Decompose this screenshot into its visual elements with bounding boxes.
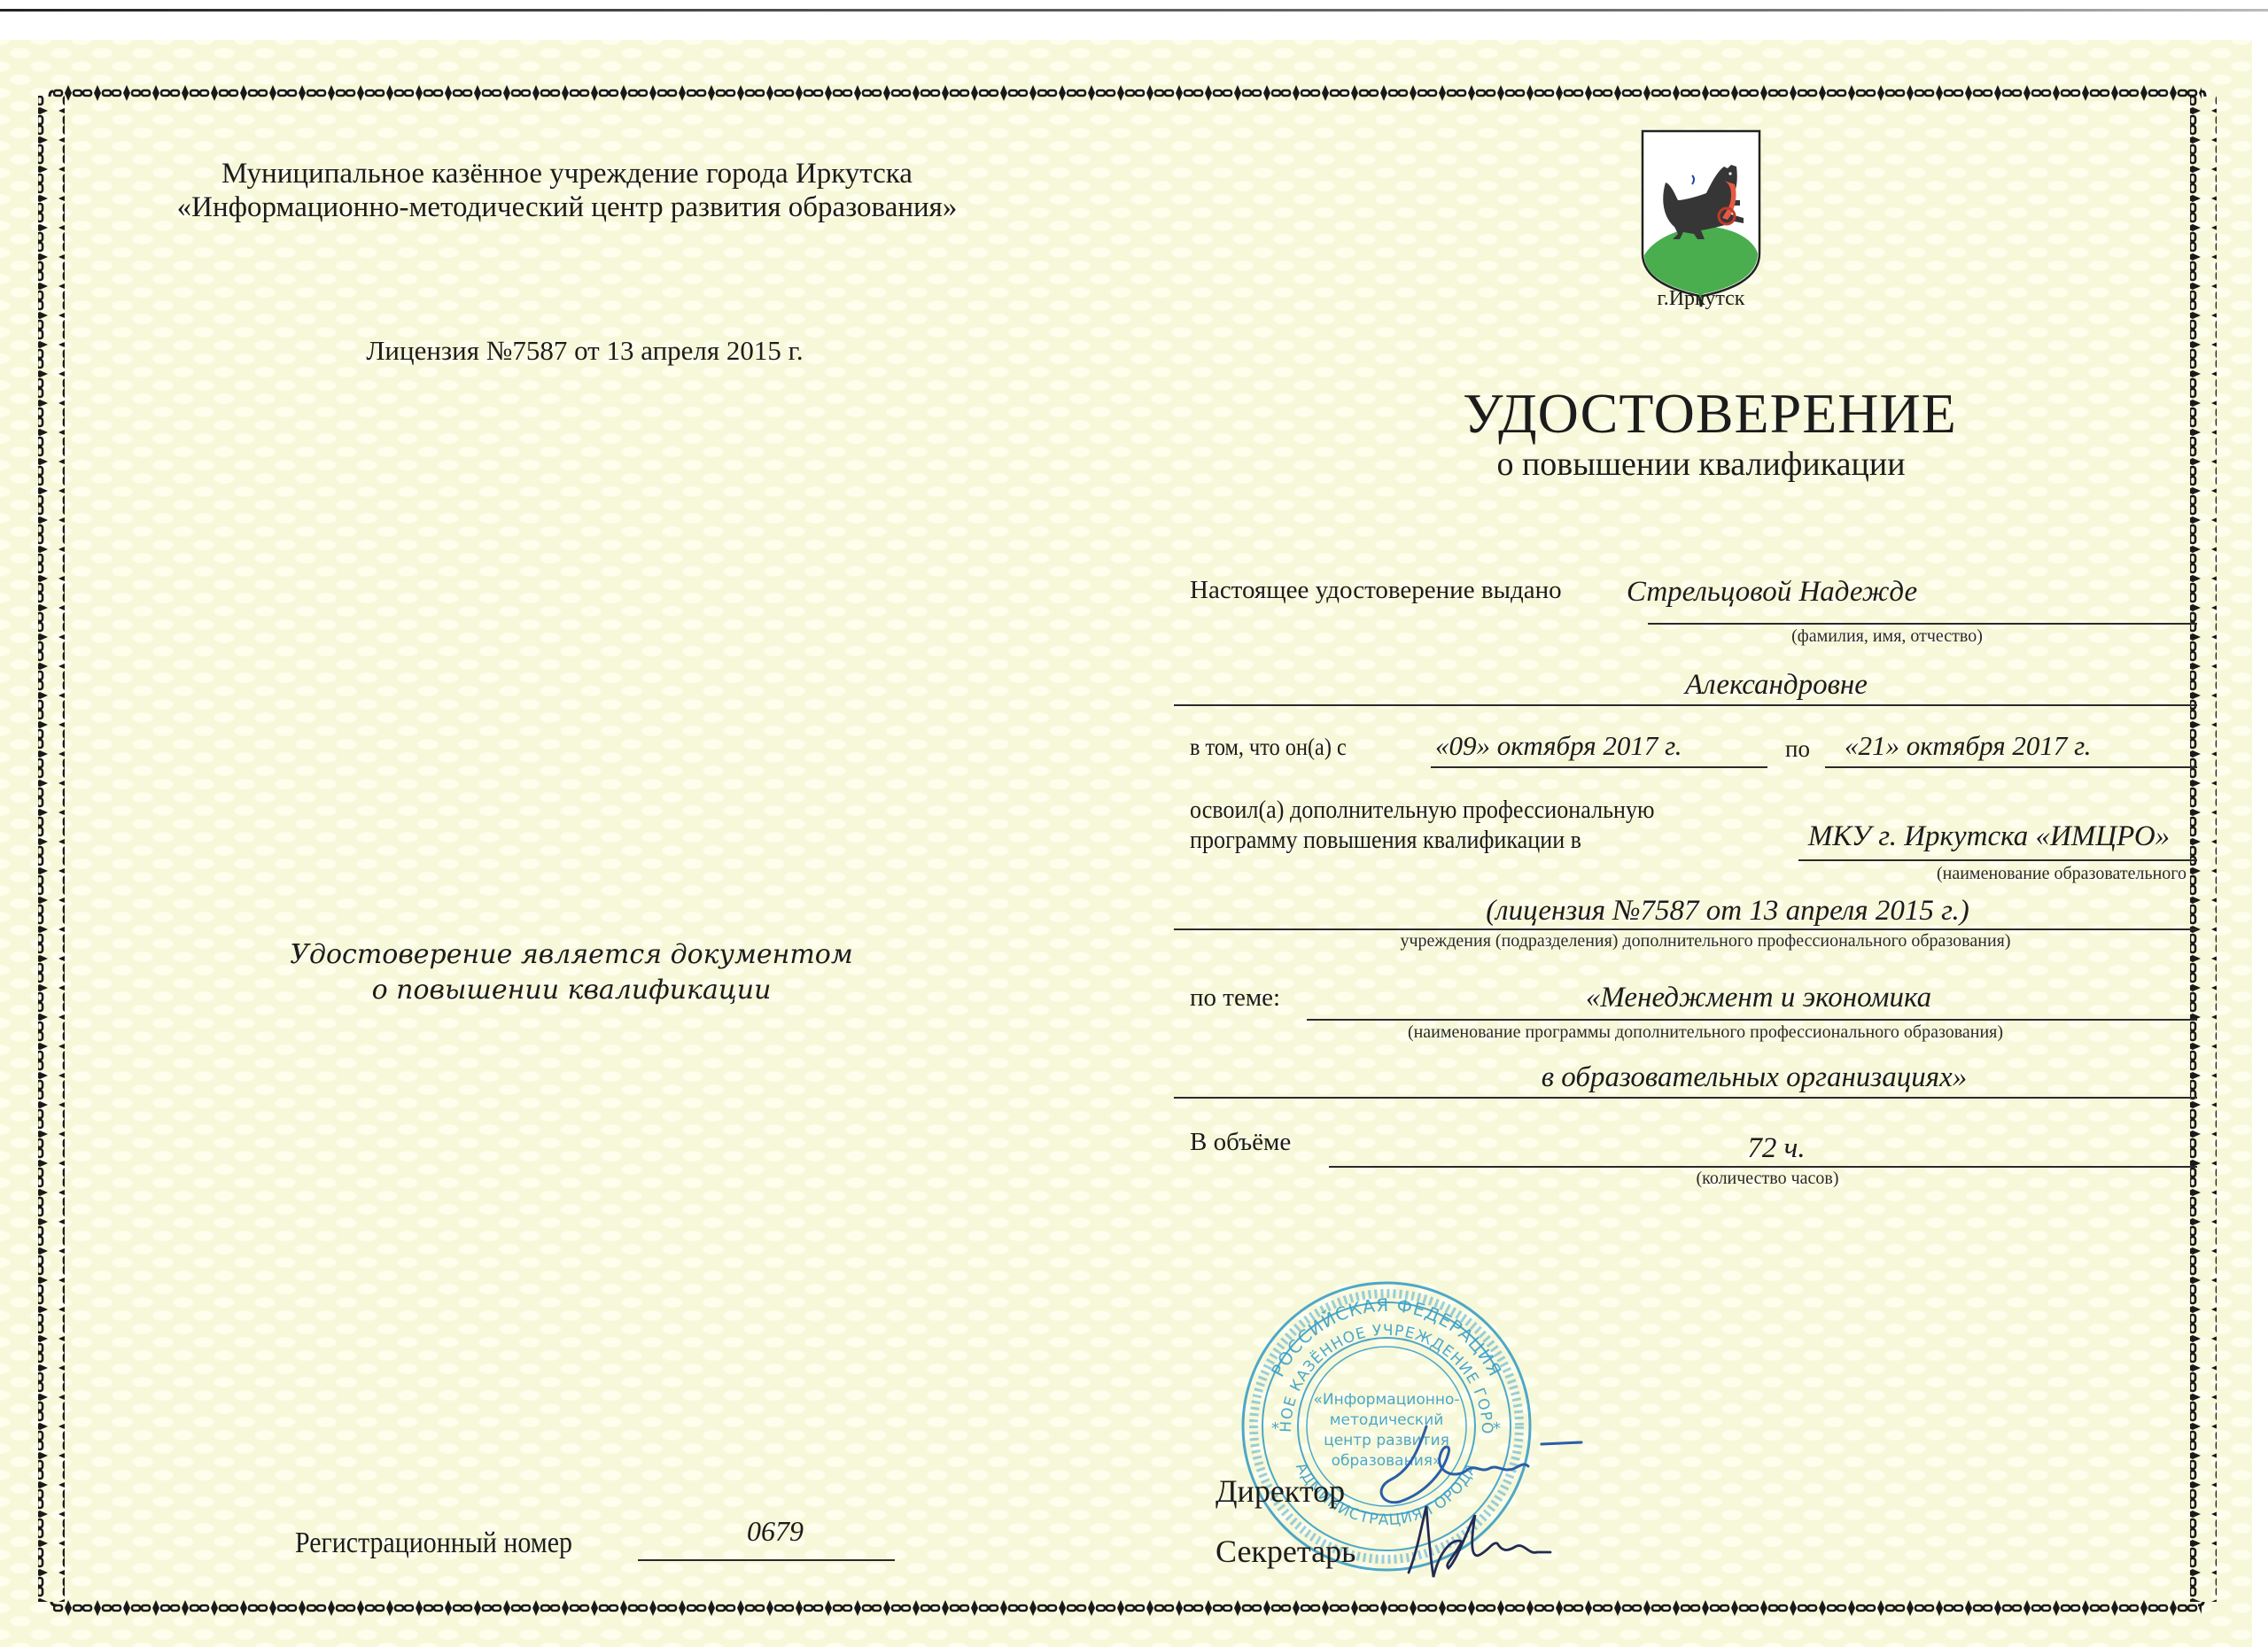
issued-label: Настоящее удостоверение выдано	[1190, 578, 1562, 603]
recipient-underline-2	[1174, 704, 2197, 706]
institution-name: МКУ г. Иркутска «ИМЦРО»	[1808, 822, 2170, 851]
director-label: Директор	[1216, 1475, 1345, 1507]
registration-underline	[638, 1559, 895, 1561]
irkutsk-coat-of-arms-icon	[1639, 129, 1763, 311]
institution-underline	[1798, 859, 2197, 861]
city-label: г.Иркутск	[1658, 288, 1745, 309]
topic-caption: (наименование программы дополнительного …	[1408, 1023, 2003, 1041]
volume-value: 72 ч.	[1747, 1134, 1805, 1163]
recipient-name-line1: Стрельцовой Надежде	[1627, 578, 1917, 607]
volume-caption: (количество часов)	[1696, 1169, 1838, 1187]
registration-label: Регистрационный номер	[295, 1528, 572, 1558]
certificate-title: УДОСТОВЕРЕНИЕ	[1463, 385, 1957, 442]
document-note-line2: о повышении квалификации	[372, 977, 772, 1004]
document-note-line1: Удостоверение является документом	[290, 942, 852, 968]
topic-underline-2	[1174, 1097, 2197, 1099]
period-label: в том, что он(а) с	[1190, 735, 1347, 759]
institution-license-underline	[1174, 928, 2197, 930]
recipient-name-line2: Александровне	[1685, 671, 1868, 700]
certificate-subtitle: о повышении квалификации	[1496, 447, 1905, 481]
institution-license: (лицензия №7587 от 13 апреля 2015 г.)	[1486, 897, 1969, 926]
secretary-signature-icon	[1382, 1488, 1559, 1586]
date-from-underline	[1431, 766, 1767, 768]
volume-underline	[1329, 1166, 2197, 1168]
svg-text:*: *	[1271, 1419, 1279, 1438]
left-license: Лицензия №7587 от 13 апреля 2015 г.	[366, 337, 803, 364]
institution-name-line1: Муниципальное казённое учреждение города…	[221, 159, 913, 189]
recipient-caption: (фамилия, имя, отчество)	[1791, 627, 1983, 645]
secretary-label: Секретарь	[1216, 1535, 1355, 1567]
topic-underline-1	[1307, 1019, 2197, 1021]
topic-line2: в образовательных организациях»	[1542, 1063, 1968, 1092]
program-label-line1: освоил(а) дополнительную профессиональну…	[1190, 797, 1655, 823]
date-to: «21» октября 2017 г.	[1845, 732, 2092, 759]
institution-name-line2: «Информационно-методический центр развит…	[177, 193, 958, 222]
date-to-underline	[1825, 766, 2197, 768]
volume-label: В объёме	[1190, 1130, 1291, 1155]
institution-caption-line1: (наименование образовательного	[1937, 865, 2186, 882]
topic-label: по теме:	[1190, 985, 1280, 1011]
stamp-center-line1: «Информационно-	[1314, 1391, 1460, 1409]
period-to-label: по	[1785, 737, 1810, 761]
registration-number: 0679	[747, 1517, 804, 1545]
institution-caption-line2: учреждения (подразделения) дополнительно…	[1400, 932, 2010, 950]
topic-line1: «Менеджмент и экономика	[1586, 983, 1931, 1013]
program-label-line2: программу повышения квалификации в	[1190, 827, 1581, 853]
date-from: «09» октября 2017 г.	[1435, 732, 1682, 759]
recipient-underline-1	[1648, 623, 2197, 625]
